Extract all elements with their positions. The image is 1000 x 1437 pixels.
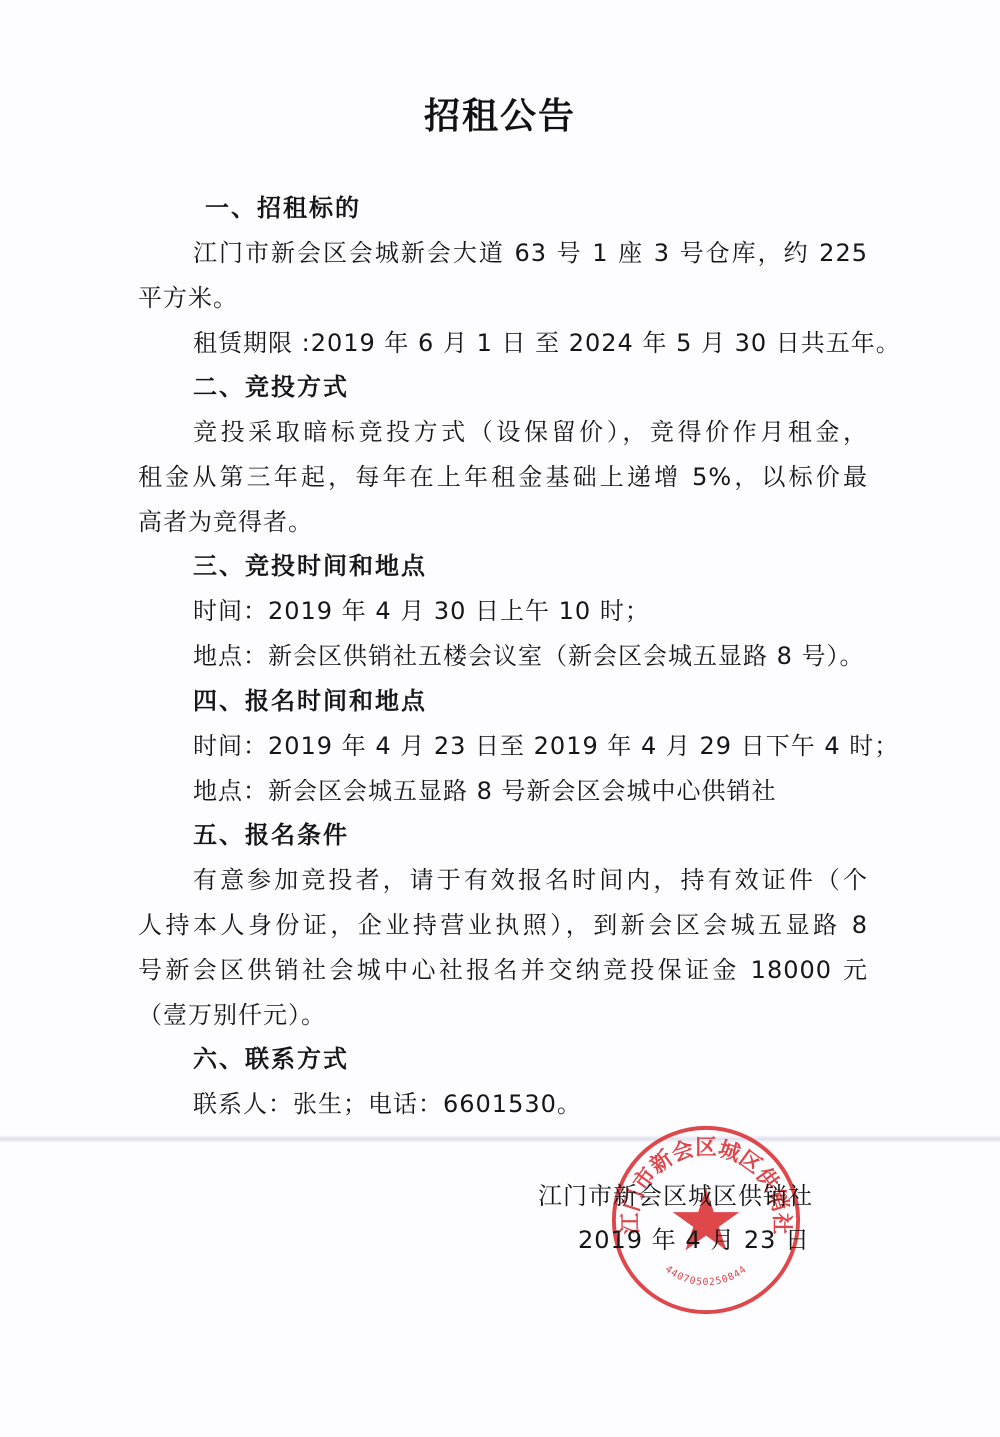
section-4-line-1: 时间：2019 年 4 月 23 日至 2019 年 4 月 29 日下午 4 … — [193, 731, 899, 761]
svg-text:4407050250844: 4407050250844 — [663, 1264, 749, 1288]
section-5-line-2: 人持本人身份证，企业持营业执照），到新会区会城五显路 8 — [138, 910, 868, 940]
red-star-seal-icon: 江门市新会区城区供销社 4407050250844 — [608, 1122, 804, 1318]
section-2-line-2: 租金从第三年起，每年在上年租金基础上递增 5%，以标价最 — [138, 462, 868, 492]
section-heading-4: 四、报名时间和地点 — [193, 686, 427, 716]
section-5-line-3: 号新会区供销社会城中心社报名并交纳竞投保证金 18000 元 — [138, 955, 868, 985]
section-heading-6: 六、联系方式 — [193, 1044, 349, 1074]
section-1-line-3: 租赁期限 :2019 年 6 月 1 日 至 2024 年 5 月 30 日共五… — [193, 328, 868, 358]
section-4-line-2: 地点：新会区会城五显路 8 号新会区会城中心供销社 — [193, 776, 777, 806]
section-heading-2: 二、竞投方式 — [193, 372, 349, 402]
section-5-line-4: （壹万别仟元）。 — [138, 1000, 326, 1030]
document-page: 招租公告 一、招租标的 江门市新会区会城新会大道 63 号 1 座 3 号仓库，… — [0, 0, 1000, 1437]
section-heading-3: 三、竞投时间和地点 — [193, 551, 427, 581]
section-2-line-1: 竞投采取暗标竞投方式（设保留价），竞得价作月租金， — [193, 417, 868, 447]
issue-date: 2019 年 4 月 23 日 — [578, 1225, 810, 1255]
document-title: 招租公告 — [0, 88, 1000, 139]
section-2-line-3: 高者为竞得者。 — [138, 507, 313, 537]
section-3-line-2: 地点：新会区供销社五楼会议室（新会区会城五显路 8 号）。 — [193, 641, 865, 671]
issuer-organization: 江门市新会区城区供销社 — [538, 1181, 813, 1211]
scan-fold-line — [0, 1135, 1000, 1143]
section-heading-1: 一、招租标的 — [205, 193, 361, 223]
section-1-line-2: 平方米。 — [138, 283, 238, 313]
section-6-line-1: 联系人：张生；电话：6601530。 — [193, 1089, 582, 1119]
section-3-line-1: 时间：2019 年 4 月 30 日上午 10 时； — [193, 596, 650, 626]
section-1-line-1: 江门市新会区会城新会大道 63 号 1 座 3 号仓库，约 225 — [193, 238, 868, 268]
section-heading-5: 五、报名条件 — [193, 820, 349, 850]
section-5-line-1: 有意参加竞投者，请于有效报名时间内，持有效证件（个 — [193, 865, 868, 895]
